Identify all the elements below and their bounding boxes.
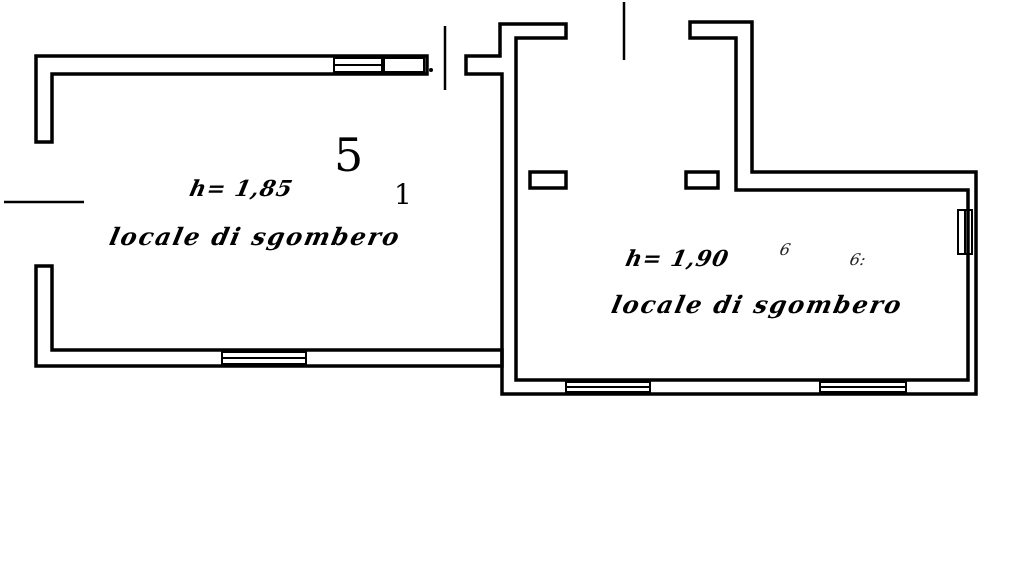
room-height-right: h= 1,90	[623, 246, 731, 272]
room-name-right: locale di sgombero	[609, 290, 906, 319]
pillar-right	[686, 172, 718, 188]
room-name-left: locale di sgombero	[107, 222, 404, 251]
tick-mark: 1	[394, 178, 413, 211]
room-height-left: h= 1,85	[187, 176, 295, 202]
floor-plan	[0, 0, 1024, 576]
right-room-walls	[466, 2, 976, 394]
room-number-left: 5	[334, 128, 364, 182]
pillar-left	[530, 172, 566, 188]
